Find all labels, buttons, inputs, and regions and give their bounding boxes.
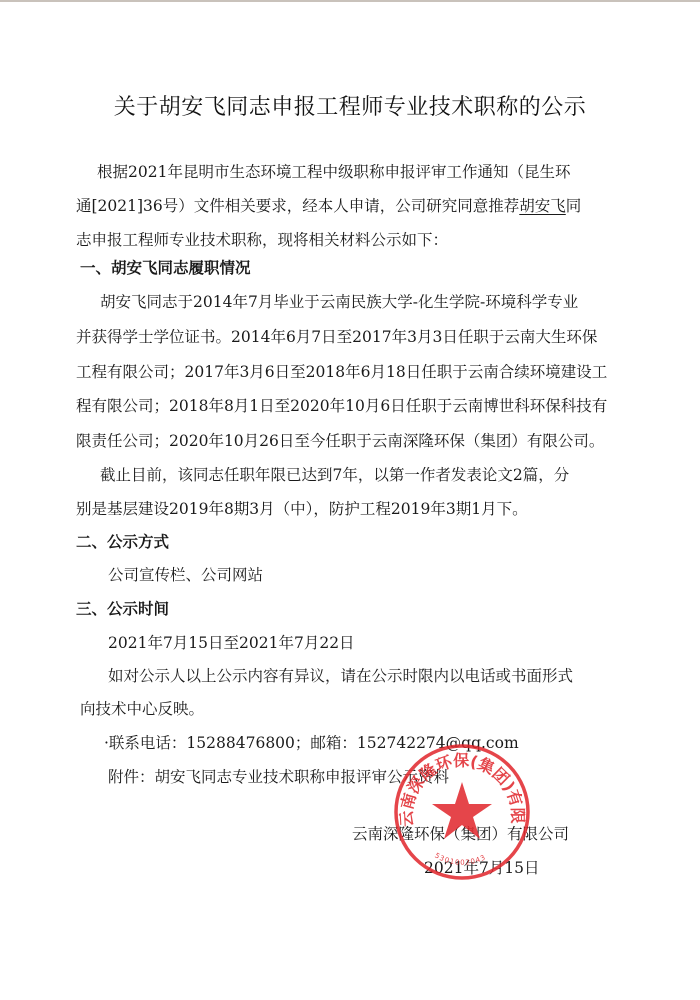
section-1-para1-line: 并获得学士学位证书。2014年6月7日至2017年3月3日任职于云南大生环保 bbox=[76, 325, 597, 347]
section-1-para1-line: 限责任公司；2020年10月26日至今任职于云南深隆环保（集团）有限公司。 bbox=[76, 429, 604, 451]
scan-top-edge bbox=[0, 0, 700, 2]
section-1-heading: 一、胡安飞同志履职情况 bbox=[80, 256, 251, 278]
intro-line-3: 志申报工程师专业技术职称，现将相关材料公示如下： bbox=[76, 228, 448, 250]
section-1-para1-line: 程有限公司；2018年8月1日至2020年10月6日任职于云南博世科环保科技有 bbox=[76, 394, 607, 416]
svg-text:5301002043: 5301002043 bbox=[433, 852, 487, 867]
seal-code: 5301002043 bbox=[433, 852, 487, 867]
company-seal: 云南深隆环保(集团)有限公司 5301002043 bbox=[392, 742, 532, 882]
intro-line-2-end: 同 bbox=[566, 197, 582, 215]
intro-line-2: 通[2021]36号）文件相关要求，经本人申请，公司研究同意推荐胡安飞同 bbox=[76, 194, 581, 216]
section-3-period: 2021年7月15日至2021年7月22日 bbox=[108, 631, 355, 653]
section-1-para1-line: 工程有限公司；2017年3月6日至2018年6月18日任职于云南合续环境建设工 bbox=[76, 360, 607, 382]
section-1-para2-line: 截止目前，该同志任职年限已达到7年，以第一作者发表论文2篇，分 bbox=[100, 463, 569, 485]
intro-line-1: 根据2021年昆明市生态环境工程中级职称申报评审工作通知（昆生环 bbox=[97, 160, 570, 182]
section-3-objection-line: 向技术中心反映。 bbox=[80, 697, 204, 719]
page-title: 关于胡安飞同志申报工程师专业技术职称的公示 bbox=[0, 90, 700, 121]
section-2-content: 公司宣传栏、公司网站 bbox=[108, 563, 263, 585]
seal-icon: 云南深隆环保(集团)有限公司 5301002043 bbox=[392, 742, 532, 882]
section-1-para2-line: 别是基层建设2019年8期3月（中），防护工程2019年3期1月下。 bbox=[76, 497, 528, 519]
intro-line-2-text: 通[2021]36号）文件相关要求，经本人申请，公司研究同意推荐 bbox=[76, 197, 519, 215]
nominee-name: 胡安飞 bbox=[519, 197, 566, 215]
section-1-para1-line: 胡安飞同志于2014年7月毕业于云南民族大学-化生学院-环境科学专业 bbox=[100, 290, 578, 312]
section-2-heading: 二、公示方式 bbox=[76, 530, 169, 552]
section-3-heading: 三、公示时间 bbox=[76, 597, 169, 619]
section-3-objection-line: 如对公示人以上公示内容有异议，请在公示时限内以电话或书面形式 bbox=[108, 664, 573, 686]
